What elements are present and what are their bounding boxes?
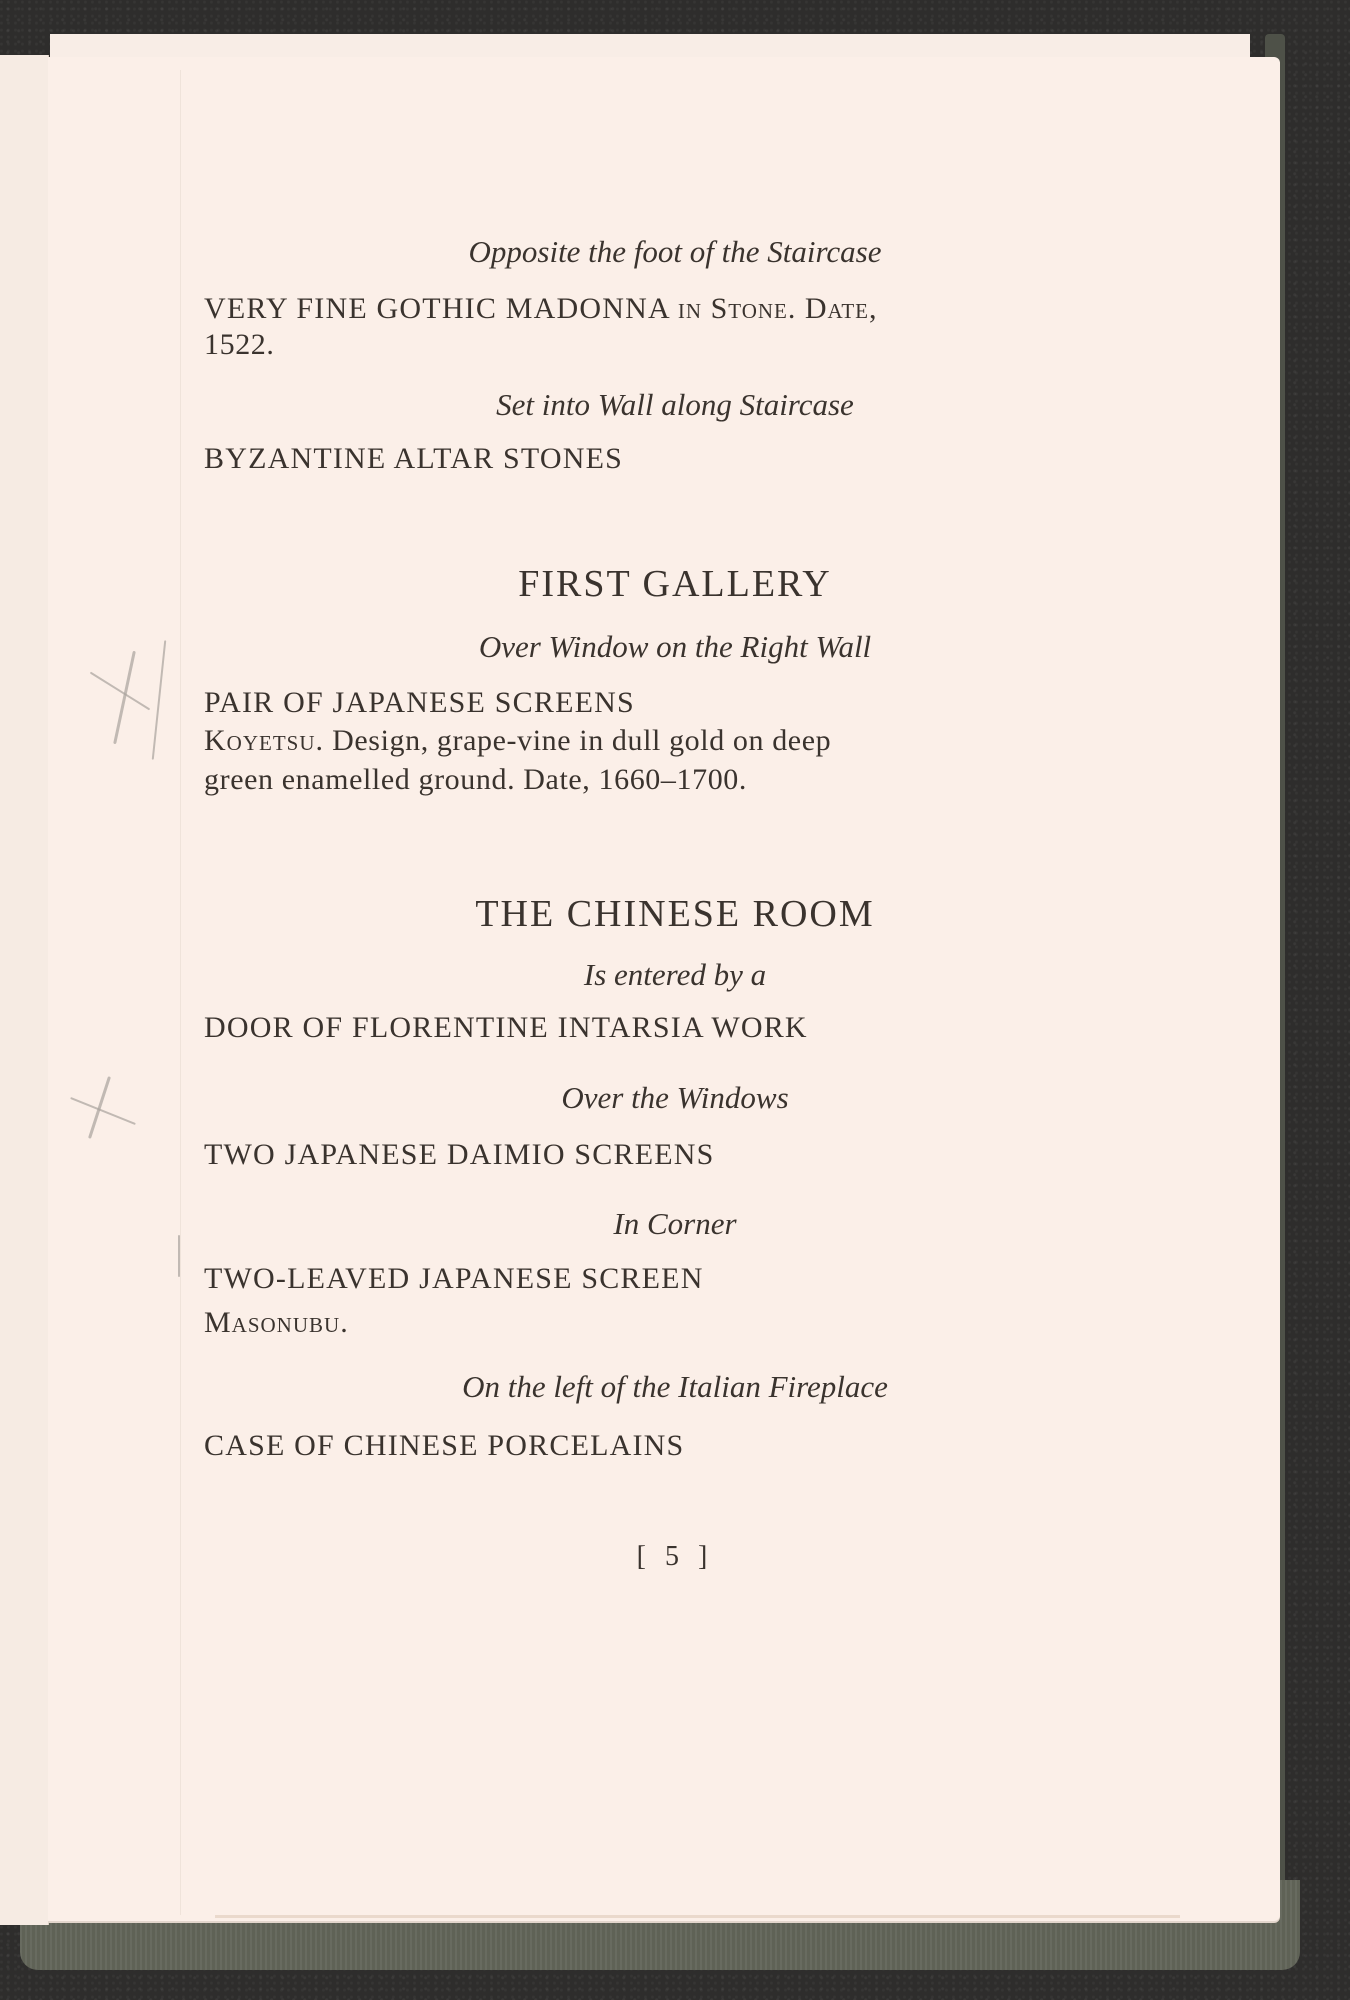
item-description: Koyetsu. Design, grape-vine in dull gold…: [204, 726, 831, 756]
artist-name: Masonubu.: [204, 1308, 349, 1338]
page-bottom-edge: [215, 1915, 1180, 1918]
artist-name: Koyetsu.: [204, 724, 324, 757]
location-caption: Opposite the foot of the Staircase: [0, 236, 1350, 267]
item-title: PAIR OF JAPANESE SCREENS: [204, 688, 635, 718]
location-caption: Set into Wall along Staircase: [0, 389, 1350, 420]
location-caption: On the left of the Italian Fireplace: [0, 1371, 1350, 1402]
item-title: BYZANTINE ALTAR STONES: [204, 444, 623, 474]
item-title: TWO-LEAVED JAPANESE SCREEN: [204, 1264, 704, 1294]
section-heading: THE CHINESE ROOM: [0, 895, 1350, 933]
description-line: Design, grape-vine in dull gold on deep: [332, 724, 831, 757]
item-title: VERY FINE GOTHIC MADONNA: [204, 292, 669, 325]
pencil-mark-line: [178, 1235, 180, 1277]
page-number: [ 5 ]: [0, 1543, 1350, 1571]
item-title: CASE OF CHINESE PORCELAINS: [204, 1431, 684, 1461]
description-line: green enamelled ground. Date, 1660–1700.: [204, 765, 747, 795]
item-title: DOOR OF FLORENTINE INTARSIA WORK: [204, 1013, 808, 1043]
item-title: TWO JAPANESE DAIMIO SCREENS: [204, 1140, 715, 1170]
item-date: 1522.: [204, 330, 275, 360]
location-caption: Is entered by a: [0, 959, 1350, 990]
item-suffix: in Stone. Date,: [678, 292, 878, 325]
page-fold-line: [180, 70, 181, 1915]
catalog-item: VERY FINE GOTHIC MADONNA in Stone. Date,: [204, 294, 878, 324]
location-caption: Over Window on the Right Wall: [0, 631, 1350, 662]
facing-page-edge: [0, 55, 49, 1925]
location-caption: Over the Windows: [0, 1082, 1350, 1113]
location-caption: In Corner: [0, 1208, 1350, 1239]
section-heading: FIRST GALLERY: [0, 565, 1350, 603]
